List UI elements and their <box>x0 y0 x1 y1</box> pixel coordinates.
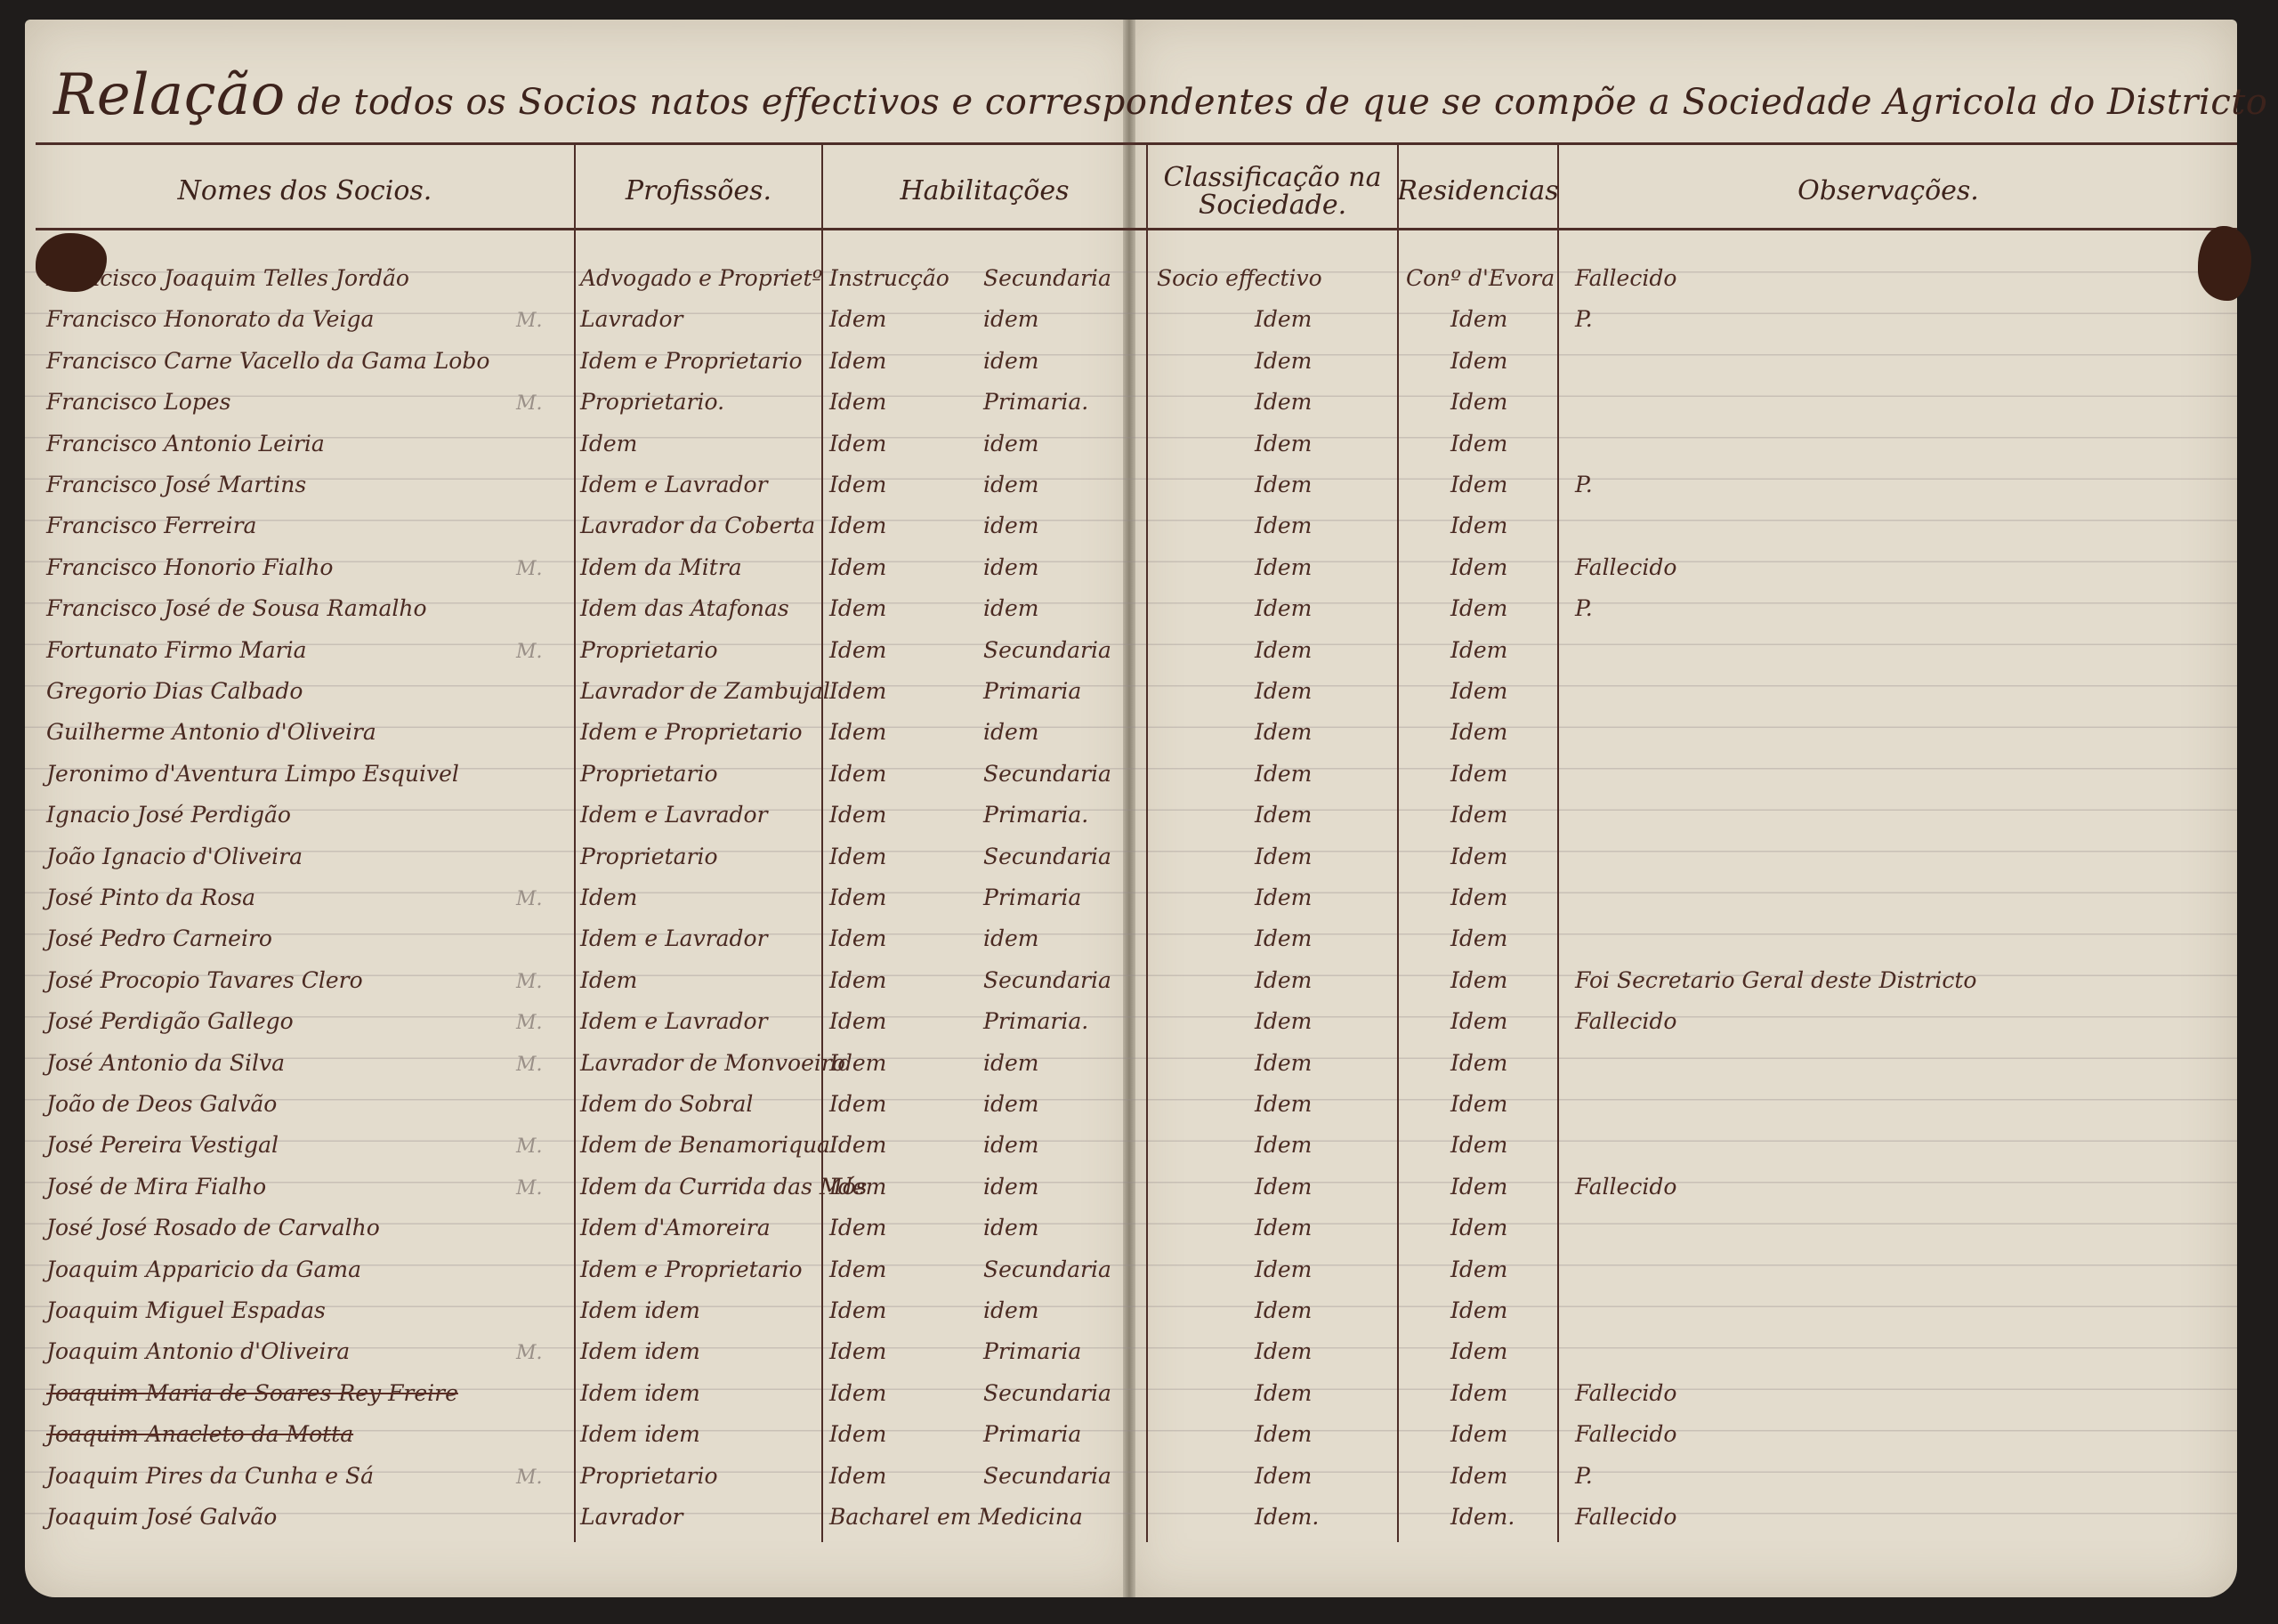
table-row: José Perdigão GallegoM.Idem e LavradorId… <box>0 1003 2278 1044</box>
residence: Idem <box>1450 1463 1507 1489</box>
qualification-level: Secundaria <box>983 967 1111 993</box>
observation: P. <box>1575 1463 1593 1489</box>
profession: Lavrador da Coberta <box>580 513 815 538</box>
profession: Idem <box>580 431 637 456</box>
qualification-level: Primaria. <box>983 1008 1088 1034</box>
residence: Idem <box>1450 885 1507 910</box>
qualification: Idem <box>829 431 886 456</box>
qualification-level: idem <box>983 513 1039 538</box>
profession: Idem e Lavrador <box>580 472 768 497</box>
table-row: José Pereira VestigalM.Idem de Benamoriq… <box>0 1127 2278 1168</box>
classification: Idem <box>1255 348 1312 374</box>
qualification: Idem <box>829 513 886 538</box>
table-row: Francisco Carne Vacello da Gama LoboIdem… <box>0 343 2278 384</box>
member-name: José José Rosado de Carvalho <box>46 1215 380 1240</box>
member-name: Francisco Carne Vacello da Gama Lobo <box>46 348 489 374</box>
profession: Idem da Currida das Mós <box>580 1174 867 1200</box>
residence: Idem <box>1450 719 1507 745</box>
residence: Idem <box>1450 678 1507 704</box>
member-name: Joaquim Miguel Espadas <box>46 1297 326 1323</box>
table-row: Joaquim Maria de Soares Rey FreireIdem i… <box>0 1375 2278 1416</box>
qualification: Idem <box>829 637 886 663</box>
qualification-level: Secundaria <box>983 265 1111 291</box>
profession: Idem do Sobral <box>580 1091 753 1117</box>
table-row: Francisco José MartinsIdem e LavradorIde… <box>0 466 2278 507</box>
residence: Idem <box>1450 761 1507 787</box>
qualification: Idem <box>829 1297 886 1323</box>
classification: Idem <box>1255 925 1312 951</box>
classification: Idem <box>1255 1297 1312 1323</box>
profession: Lavrador <box>580 306 683 332</box>
table-row: Joaquim Apparicio da GamaIdem e Propriet… <box>0 1251 2278 1292</box>
classification: Idem <box>1255 389 1312 415</box>
member-name: José Pinto da Rosa <box>46 885 255 910</box>
residence: Idem <box>1450 844 1507 869</box>
table-row: José Antonio da SilvaM.Lavrador de Monvo… <box>0 1045 2278 1086</box>
profession: Proprietario <box>580 844 718 869</box>
qualification-level: Secundaria <box>983 1256 1111 1282</box>
residence: Idem <box>1450 637 1507 663</box>
qualification: Instrucção <box>829 265 949 291</box>
qualification-level: idem <box>983 348 1039 374</box>
residence: Idem <box>1450 513 1507 538</box>
member-name: Francisco Lopes <box>46 389 230 415</box>
member-name: Joaquim Pires da Cunha e Sá <box>46 1463 374 1489</box>
classification: Idem <box>1255 431 1312 456</box>
qualification-level: idem <box>983 306 1039 332</box>
qualification-level: idem <box>983 1174 1039 1200</box>
document-title: Relação de todos os Socios natos effecti… <box>53 62 2278 128</box>
table-row: José de Mira FialhoM.Idem da Currida das… <box>0 1168 2278 1209</box>
classification: Idem <box>1255 513 1312 538</box>
qualification: Idem <box>829 595 886 621</box>
table-row: José José Rosado de CarvalhoIdem d'Amore… <box>0 1209 2278 1250</box>
table-row: Joaquim Pires da Cunha e SáM.Proprietari… <box>0 1458 2278 1499</box>
table-row: João Ignacio d'OliveiraProprietarioIdemS… <box>0 838 2278 879</box>
observation: Foi Secretario Geral deste Districto <box>1575 967 1976 993</box>
member-name: José Pedro Carneiro <box>46 925 272 951</box>
table-row: Gregorio Dias CalbadoLavrador de Zambuja… <box>0 673 2278 714</box>
margin-mark: M. <box>516 1012 543 1034</box>
title-lead: Relação <box>53 62 286 128</box>
qualification: Idem <box>829 761 886 787</box>
header-habilitacoes: Habilitações <box>823 151 1146 231</box>
qualification: Idem <box>829 554 886 580</box>
qualification-level: Secundaria <box>983 844 1111 869</box>
qualification: Idem <box>829 1421 886 1447</box>
residence: Idem <box>1450 1050 1507 1076</box>
observation: Fallecido <box>1575 1380 1676 1406</box>
table-row: José Pedro CarneiroIdem e LavradorIdemid… <box>0 920 2278 961</box>
profession: Idem e Lavrador <box>580 925 768 951</box>
qualification-level: Primaria <box>983 678 1081 704</box>
classification: Idem <box>1255 1421 1312 1447</box>
classification: Idem <box>1255 1215 1312 1240</box>
margin-mark: M. <box>516 1466 543 1489</box>
margin-mark: M. <box>516 888 543 910</box>
qualification-level: idem <box>983 925 1039 951</box>
qualification: Idem <box>829 1050 886 1076</box>
table-row: Jeronimo d'Aventura Limpo EsquivelPropri… <box>0 755 2278 796</box>
observation: P. <box>1575 472 1593 497</box>
residence: Conº d'Evora <box>1406 265 1555 291</box>
member-name: João Ignacio d'Oliveira <box>46 844 303 869</box>
qualification-level: Secundaria <box>983 761 1111 787</box>
profession: Lavrador de Zambujal <box>580 678 830 704</box>
member-name: Guilherme Antonio d'Oliveira <box>46 719 376 745</box>
residence: Idem <box>1450 1215 1507 1240</box>
profession: Idem idem <box>580 1421 700 1447</box>
margin-mark: M. <box>516 310 543 332</box>
wax-seal-right <box>2198 226 2251 301</box>
qualification: Idem <box>829 1132 886 1158</box>
qualification: Idem <box>829 472 886 497</box>
qualification: Idem <box>829 348 886 374</box>
profession: Idem das Atafonas <box>580 595 789 621</box>
member-name: Francisco Honorato da Veiga <box>46 306 374 332</box>
qualification: Idem <box>829 1256 886 1282</box>
qualification-level: idem <box>983 1132 1039 1158</box>
residence: Idem <box>1450 802 1507 828</box>
qualification: Idem <box>829 925 886 951</box>
profession: Idem e Lavrador <box>580 802 768 828</box>
table-row: Francisco José de Sousa RamalhoIdem das … <box>0 590 2278 631</box>
member-name: João de Deos Galvão <box>46 1091 277 1117</box>
profession: Idem <box>580 967 637 993</box>
qualification-level: Secundaria <box>983 1380 1111 1406</box>
profession: Idem idem <box>580 1338 700 1364</box>
residence: Idem <box>1450 1256 1507 1282</box>
member-name: Joaquim Anacleto da Motta <box>46 1421 353 1447</box>
classification: Idem <box>1255 844 1312 869</box>
observation: Fallecido <box>1575 554 1676 580</box>
member-name: José de Mira Fialho <box>46 1174 266 1200</box>
margin-mark: M. <box>516 558 543 580</box>
member-name: Francisco Ferreira <box>46 513 256 538</box>
classification: Idem <box>1255 1380 1312 1406</box>
residence: Idem <box>1450 1338 1507 1364</box>
qualification: Idem <box>829 802 886 828</box>
member-name: Francisco José Martins <box>46 472 306 497</box>
margin-mark: M. <box>516 641 543 663</box>
classification: Idem <box>1255 678 1312 704</box>
residence: Idem <box>1450 1380 1507 1406</box>
qualification-level: idem <box>983 595 1039 621</box>
member-name: Joaquim Apparicio da Gama <box>46 1256 361 1282</box>
profession: Idem da Mitra <box>580 554 742 580</box>
member-name: Joaquim Maria de Soares Rey Freire <box>46 1380 458 1406</box>
qualification-level: idem <box>983 1297 1039 1323</box>
title-rest: de todos os Socios natos effectivos e co… <box>297 82 2278 123</box>
qualification-level: Primaria. <box>983 389 1088 415</box>
observation: Fallecido <box>1575 1421 1676 1447</box>
table-row: Joaquim Antonio d'OliveiraM.Idem idemIde… <box>0 1333 2278 1374</box>
member-name: Jeronimo d'Aventura Limpo Esquivel <box>46 761 459 787</box>
qualification: Bacharel em Medicina <box>829 1504 1083 1530</box>
classification: Idem <box>1255 761 1312 787</box>
profession: Lavrador <box>580 1504 683 1530</box>
residence: Idem <box>1450 431 1507 456</box>
margin-mark: M. <box>516 1177 543 1200</box>
header-classificacao: Classificação na Sociedade. <box>1148 151 1397 231</box>
qualification: Idem <box>829 1091 886 1117</box>
profession: Proprietario <box>580 1463 718 1489</box>
qualification: Idem <box>829 1380 886 1406</box>
qualification: Idem <box>829 1215 886 1240</box>
margin-mark: M. <box>516 392 543 415</box>
profession: Idem d'Amoreira <box>580 1215 771 1240</box>
member-name: Francisco Honorio Fialho <box>46 554 333 580</box>
qualification-level: idem <box>983 719 1039 745</box>
table-row: Joaquim Miguel EspadasIdem idemIdemidemI… <box>0 1292 2278 1333</box>
qualification-level: Secundaria <box>983 637 1111 663</box>
residence: Idem <box>1450 348 1507 374</box>
qualification: Idem <box>829 885 886 910</box>
title-band: Relação de todos os Socios natos effecti… <box>36 36 2237 142</box>
classification: Idem <box>1255 885 1312 910</box>
table-row: Francisco Joaquim Telles JordãoAdvogado … <box>0 260 2278 301</box>
classification: Socio effectivo <box>1157 265 1322 291</box>
member-name: Francisco Antonio Leiria <box>46 431 325 456</box>
member-name: Fortunato Firmo Maria <box>46 637 307 663</box>
observation: Fallecido <box>1575 1008 1676 1034</box>
observation: Fallecido <box>1575 1504 1676 1530</box>
classification: Idem <box>1255 554 1312 580</box>
table-row: Fortunato Firmo MariaM.ProprietarioIdemS… <box>0 632 2278 673</box>
profession: Idem idem <box>580 1380 700 1406</box>
residence: Idem <box>1450 1421 1507 1447</box>
profession: Idem e Proprietario <box>580 719 803 745</box>
table-row: Guilherme Antonio d'OliveiraIdem e Propr… <box>0 714 2278 755</box>
profession: Proprietario. <box>580 389 724 415</box>
member-name: Joaquim José Galvão <box>46 1504 277 1530</box>
classification: Idem <box>1255 967 1312 993</box>
qualification: Idem <box>829 1338 886 1364</box>
residence: Idem <box>1450 1008 1507 1034</box>
classification: Idem <box>1255 1174 1312 1200</box>
qualification: Idem <box>829 967 886 993</box>
margin-mark: M. <box>516 1135 543 1158</box>
table-row: João de Deos GalvãoIdem do SobralIdemide… <box>0 1086 2278 1127</box>
residence: Idem <box>1450 1132 1507 1158</box>
table-row: Francisco Honorio FialhoM.Idem da MitraI… <box>0 549 2278 590</box>
classification: Idem <box>1255 802 1312 828</box>
residence: Idem <box>1450 967 1507 993</box>
header-observacoes: Observações. <box>1559 151 2217 231</box>
classification: Idem <box>1255 1338 1312 1364</box>
qualification-level: idem <box>983 1215 1039 1240</box>
margin-mark: M. <box>516 1054 543 1076</box>
profession: Idem idem <box>580 1297 700 1323</box>
qualification: Idem <box>829 1174 886 1200</box>
classification: Idem <box>1255 1008 1312 1034</box>
qualification: Idem <box>829 719 886 745</box>
classification: Idem <box>1255 637 1312 663</box>
observation: P. <box>1575 595 1593 621</box>
classification: Idem <box>1255 1463 1312 1489</box>
header-nomes: Nomes dos Socios. <box>36 151 574 231</box>
profession: Idem e Lavrador <box>580 1008 768 1034</box>
observation: Fallecido <box>1575 265 1676 291</box>
qualification: Idem <box>829 306 886 332</box>
residence: Idem <box>1450 306 1507 332</box>
member-name: Ignacio José Perdigão <box>46 802 291 828</box>
residence: Idem <box>1450 1174 1507 1200</box>
classification: Idem <box>1255 1050 1312 1076</box>
table-row: José Procopio Tavares CleroM.IdemIdemSec… <box>0 962 2278 1003</box>
residence: Idem <box>1450 554 1507 580</box>
qualification: Idem <box>829 389 886 415</box>
member-name: Gregorio Dias Calbado <box>46 678 303 704</box>
profession: Idem e Proprietario <box>580 1256 803 1282</box>
header-residencias: Residencias <box>1399 151 1557 231</box>
classification: Idem <box>1255 472 1312 497</box>
table-row: Ignacio José PerdigãoIdem e LavradorIdem… <box>0 796 2278 837</box>
table-row: Francisco FerreiraLavrador da CobertaIde… <box>0 507 2278 548</box>
header-profissoes: Profissões. <box>576 151 821 231</box>
residence: Idem. <box>1450 1504 1515 1530</box>
classification: Idem <box>1255 1091 1312 1117</box>
member-name: José Pereira Vestigal <box>46 1132 279 1158</box>
classification: Idem. <box>1255 1504 1319 1530</box>
profession: Idem <box>580 885 637 910</box>
qualification-level: idem <box>983 431 1039 456</box>
qualification: Idem <box>829 1463 886 1489</box>
classification: Idem <box>1255 595 1312 621</box>
profession: Idem e Proprietario <box>580 348 803 374</box>
qualification-level: Primaria <box>983 1421 1081 1447</box>
qualification-level: idem <box>983 1050 1039 1076</box>
observation: P. <box>1575 306 1593 332</box>
residence: Idem <box>1450 472 1507 497</box>
profession: Advogado e Proprietº <box>580 265 822 291</box>
margin-mark: M. <box>516 1342 543 1364</box>
member-name: Francisco José de Sousa Ramalho <box>46 595 427 621</box>
member-name: José Procopio Tavares Clero <box>46 967 363 993</box>
classification: Idem <box>1255 1132 1312 1158</box>
profession: Lavrador de Monvoeiro <box>580 1050 845 1076</box>
qualification: Idem <box>829 844 886 869</box>
observation: Fallecido <box>1575 1174 1676 1200</box>
qualification: Idem <box>829 1008 886 1034</box>
margin-mark: M. <box>516 971 543 993</box>
qualification-level: Primaria. <box>983 802 1088 828</box>
table-row: Francisco Antonio LeiriaIdemIdemidemIdem… <box>0 425 2278 466</box>
table-row: Francisco Honorato da VeigaM.LavradorIde… <box>0 301 2278 342</box>
classification: Idem <box>1255 719 1312 745</box>
qualification-level: idem <box>983 554 1039 580</box>
residence: Idem <box>1450 595 1507 621</box>
classification: Idem <box>1255 1256 1312 1282</box>
table-row: Joaquim José GalvãoLavradorBacharel em M… <box>0 1499 2278 1539</box>
residence: Idem <box>1450 1091 1507 1117</box>
member-name: José Antonio da Silva <box>46 1050 285 1076</box>
profession: Proprietario <box>580 761 718 787</box>
header-top-rule <box>36 142 2237 145</box>
qualification: Idem <box>829 678 886 704</box>
qualification-level: Secundaria <box>983 1463 1111 1489</box>
table-row: José Pinto da RosaM.IdemIdemPrimariaIdem… <box>0 879 2278 920</box>
qualification-level: Primaria <box>983 885 1081 910</box>
table-row: Joaquim Anacleto da MottaIdem idemIdemPr… <box>0 1416 2278 1457</box>
profession: Proprietario <box>580 637 718 663</box>
member-name: José Perdigão Gallego <box>46 1008 294 1034</box>
classification: Idem <box>1255 306 1312 332</box>
qualification-level: idem <box>983 472 1039 497</box>
wax-seal-left <box>36 233 107 292</box>
qualification-level: idem <box>983 1091 1039 1117</box>
profession: Idem de Benamoriqua <box>580 1132 830 1158</box>
residence: Idem <box>1450 1297 1507 1323</box>
residence: Idem <box>1450 925 1507 951</box>
member-name: Joaquim Antonio d'Oliveira <box>46 1338 350 1364</box>
table-row: Francisco LopesM.Proprietario.IdemPrimar… <box>0 384 2278 424</box>
residence: Idem <box>1450 389 1507 415</box>
qualification-level: Primaria <box>983 1338 1081 1364</box>
